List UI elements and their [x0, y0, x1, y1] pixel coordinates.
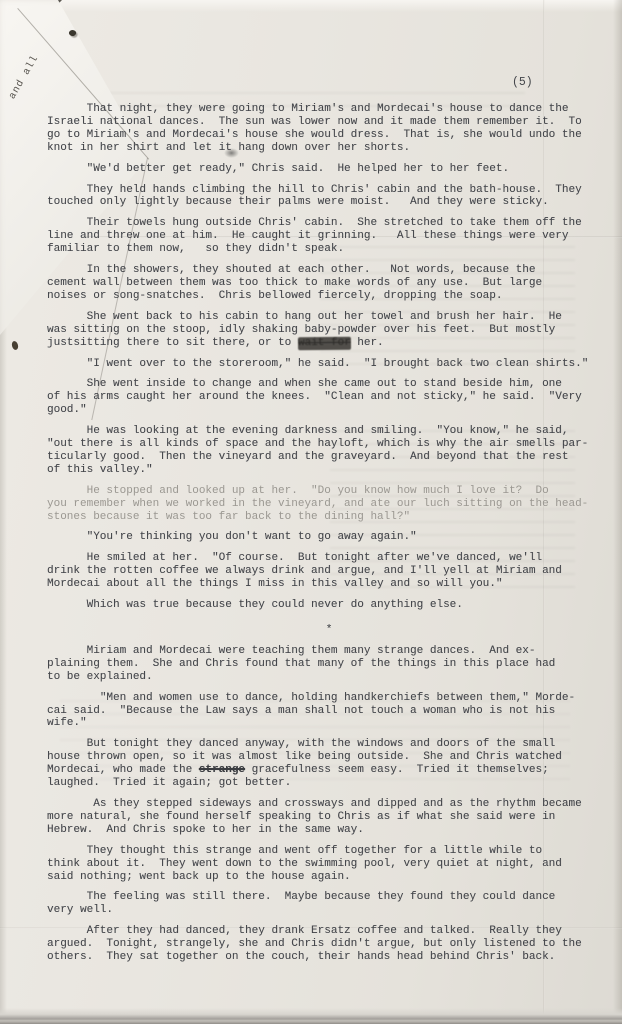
paragraph-18: They thought this strange and went off t…: [47, 845, 611, 884]
paragraph-04: Their towels hung outside Chris' cabin. …: [47, 217, 611, 256]
paragraph-13: Which was true because they could never …: [47, 599, 611, 612]
section-separator: *: [47, 624, 611, 637]
paragraph-08: She went inside to change and when she c…: [47, 378, 611, 417]
paragraph-14: Miriam and Mordecai were teaching them m…: [47, 645, 611, 684]
paragraph-12: He smiled at her. "Of course. But tonigh…: [47, 552, 611, 591]
paragraph-06: She went back to his cabin to hang out h…: [47, 311, 611, 350]
scanned-page: and all (5) That night, they were going …: [0, 0, 622, 1024]
corner-note-text: and all: [7, 54, 41, 102]
paragraph-05: In the showers, they shouted at each oth…: [47, 264, 611, 303]
paragraph-19: The feeling was still there. Maybe becau…: [47, 891, 611, 917]
scan-right-edge: [613, 0, 622, 1024]
paragraph-03: They held hands climbing the hill to Chr…: [47, 184, 611, 210]
typescript-body: That night, they were going to Miriam's …: [47, 103, 611, 964]
paragraph-01: That night, they were going to Miriam's …: [47, 103, 611, 155]
struck-through-word: strange: [199, 764, 245, 776]
scanner-background: [0, 50, 14, 148]
page-number: (5): [512, 76, 533, 89]
paragraph-07: "I went over to the storeroom," he said.…: [47, 358, 611, 371]
paragraph-06-text: her.: [351, 337, 384, 349]
scanner-background: [42, 0, 62, 10]
paragraph-09: He was looking at the evening darkness a…: [47, 425, 611, 477]
scan-left-edge: [0, 0, 7, 1024]
paragraph-02: "We'd better get ready," Chris said. He …: [47, 163, 611, 176]
paragraph-11: "You're thinking you don't want to go aw…: [47, 531, 611, 544]
ink-speck: [11, 340, 19, 350]
blacked-out-word: wait for: [298, 336, 351, 349]
paragraph-15: "Men and women use to dance, holding han…: [47, 692, 611, 731]
scan-top-edge: [0, 0, 622, 12]
paragraph-17: As they stepped sideways and crossways a…: [47, 798, 611, 837]
scan-bottom-edge: [0, 1008, 622, 1024]
ink-speck: [68, 29, 77, 37]
paragraph-10: He stopped and looked up at her. "Do you…: [47, 485, 611, 524]
paragraph-16: But tonight they danced anyway, with the…: [47, 738, 611, 790]
paragraph-20: After they had danced, they drank Ersatz…: [47, 925, 611, 964]
